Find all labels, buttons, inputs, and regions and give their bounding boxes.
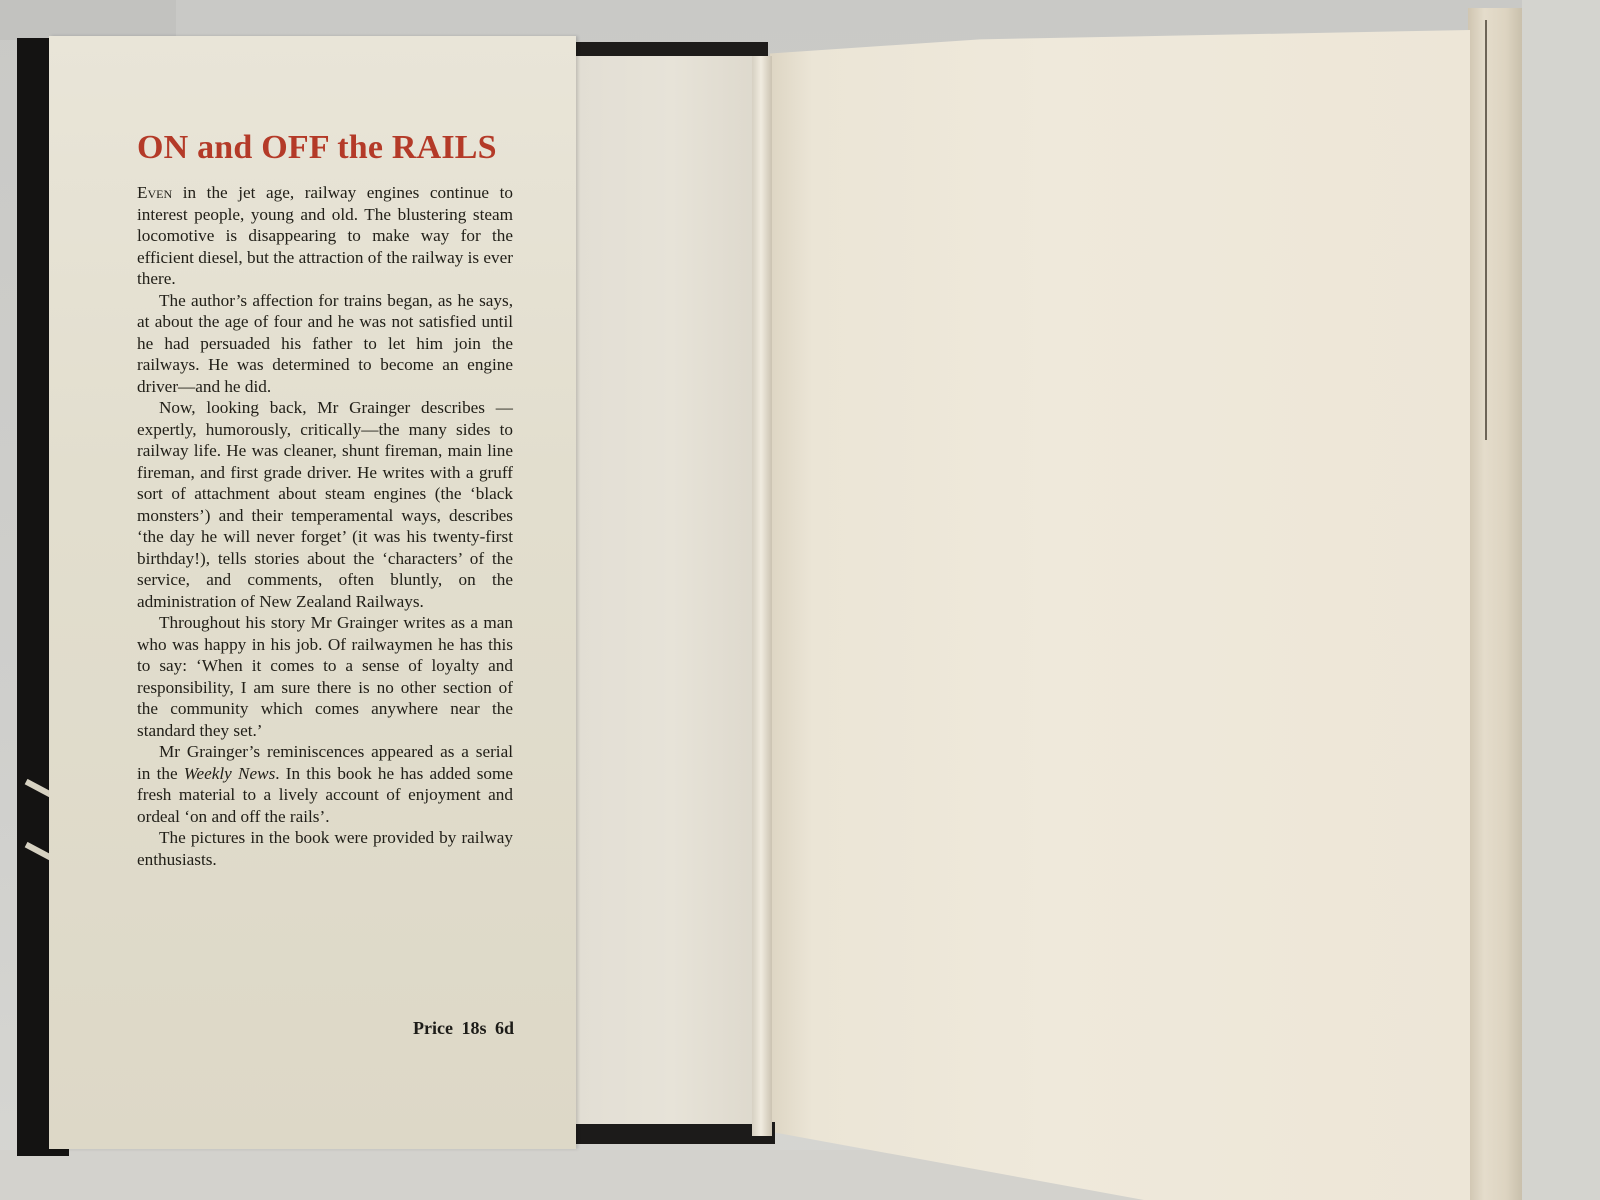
blurb-paragraph: Now, looking back, Mr Grainger describes… bbox=[137, 397, 513, 612]
book-board-edge bbox=[1468, 8, 1522, 1200]
blurb-paragraph: Even in the jet age, railway engines con… bbox=[137, 182, 513, 290]
background-wall bbox=[0, 0, 176, 40]
book-board-bottom-edge bbox=[575, 1122, 775, 1144]
book-title: ON and OFF the RAILS bbox=[137, 128, 513, 168]
book-gutter bbox=[752, 56, 772, 1136]
left-endpaper bbox=[575, 56, 770, 1124]
lead-word: Even bbox=[137, 183, 172, 202]
blurb-paragraph: Mr Grainger’s reminiscences appeared as … bbox=[137, 741, 513, 827]
blurb-paragraph: Throughout his story Mr Grainger writes … bbox=[137, 612, 513, 741]
book-board-top-edge bbox=[568, 42, 768, 56]
publication-name: Weekly News bbox=[184, 764, 275, 783]
blurb-paragraph: The author’s affection for trains began,… bbox=[137, 290, 513, 398]
right-endpaper-page bbox=[770, 30, 1470, 1200]
blurb-text: Even in the jet age, railway engines con… bbox=[137, 182, 513, 870]
book-board-crease bbox=[1485, 20, 1487, 440]
dust-jacket-flap: ON and OFF the RAILS Even in the jet age… bbox=[49, 36, 576, 1149]
jacket-blurb: ON and OFF the RAILS Even in the jet age… bbox=[137, 128, 513, 870]
background-wall-right bbox=[1522, 0, 1600, 1200]
price-label: Price 18s 6d bbox=[413, 1018, 514, 1039]
blurb-paragraph: The pictures in the book were provided b… bbox=[137, 827, 513, 870]
paragraph-text: in the jet age, railway engines continue… bbox=[137, 183, 513, 288]
